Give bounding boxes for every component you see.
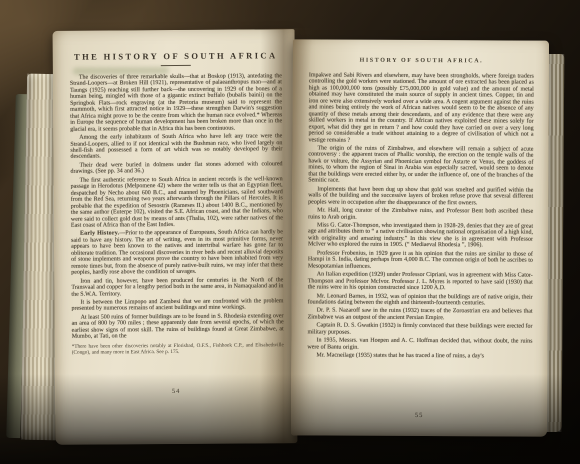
paragraph: Mr. Hall, long curator of the Zimbabwe r… <box>308 207 533 221</box>
paragraph: The discoveries of three remarkable skul… <box>70 73 282 133</box>
paragraph: Mr. Macneilage (1935) states that he has… <box>307 353 532 361</box>
paragraph: Early History.—Prior to the appearance o… <box>71 230 283 277</box>
paragraph: In 1935, Messrs. van Hoepen and A. C. Ho… <box>307 338 532 352</box>
paragraph: Impakwe and Sabi Rivers and elsewhere, m… <box>308 72 533 144</box>
paragraph: Iron and tin, however, have been produce… <box>71 277 283 298</box>
section-heading: Early History. <box>80 231 119 237</box>
right-page-text: Impakwe and Sabi Rivers and elsewhere, m… <box>307 72 533 360</box>
paragraph: Miss G. Cator-Thompson, who investigated… <box>308 222 533 249</box>
paragraph: Mr. Leonard Barnes, in 1932, was of opin… <box>308 293 533 307</box>
running-header: HISTORY OF SOUTH AFRICA. <box>309 57 534 64</box>
paragraph: The origin of the ruins of Zimbabwe, and… <box>308 145 533 185</box>
title-rule <box>161 65 191 66</box>
paragraph: Captain R. D. S. Gwatkin (1932) is firml… <box>307 323 532 337</box>
paragraph: At least 500 ruins of former buildings a… <box>72 313 284 340</box>
paragraph: Dr. P. S. Nazaroff saw in the ruins (193… <box>308 308 533 322</box>
paragraph: Among the early inhabitants of South Afr… <box>70 133 282 160</box>
paragraph: It is between the Limpopo and Zambesi th… <box>71 298 283 312</box>
photo-background: THE HISTORY OF SOUTH AFRICA The discover… <box>0 0 580 464</box>
paragraph: Implements that have been dug up show th… <box>308 186 533 207</box>
paragraph: Their dead were buried in dolmens under … <box>70 161 282 175</box>
footnote: *There have been other discoveries notab… <box>72 343 284 356</box>
paragraph: An Italian expedition (1929) under Profe… <box>308 272 533 293</box>
page-title: THE HISTORY OF SOUTH AFRICA <box>70 50 282 61</box>
paragraph: Professor Frobenius, in 1929 gave it as … <box>308 250 533 271</box>
background-shadow <box>0 374 580 464</box>
paragraph: The first authentic reference to South A… <box>71 176 283 229</box>
left-page-text: The discoveries of three remarkable skul… <box>70 73 284 340</box>
